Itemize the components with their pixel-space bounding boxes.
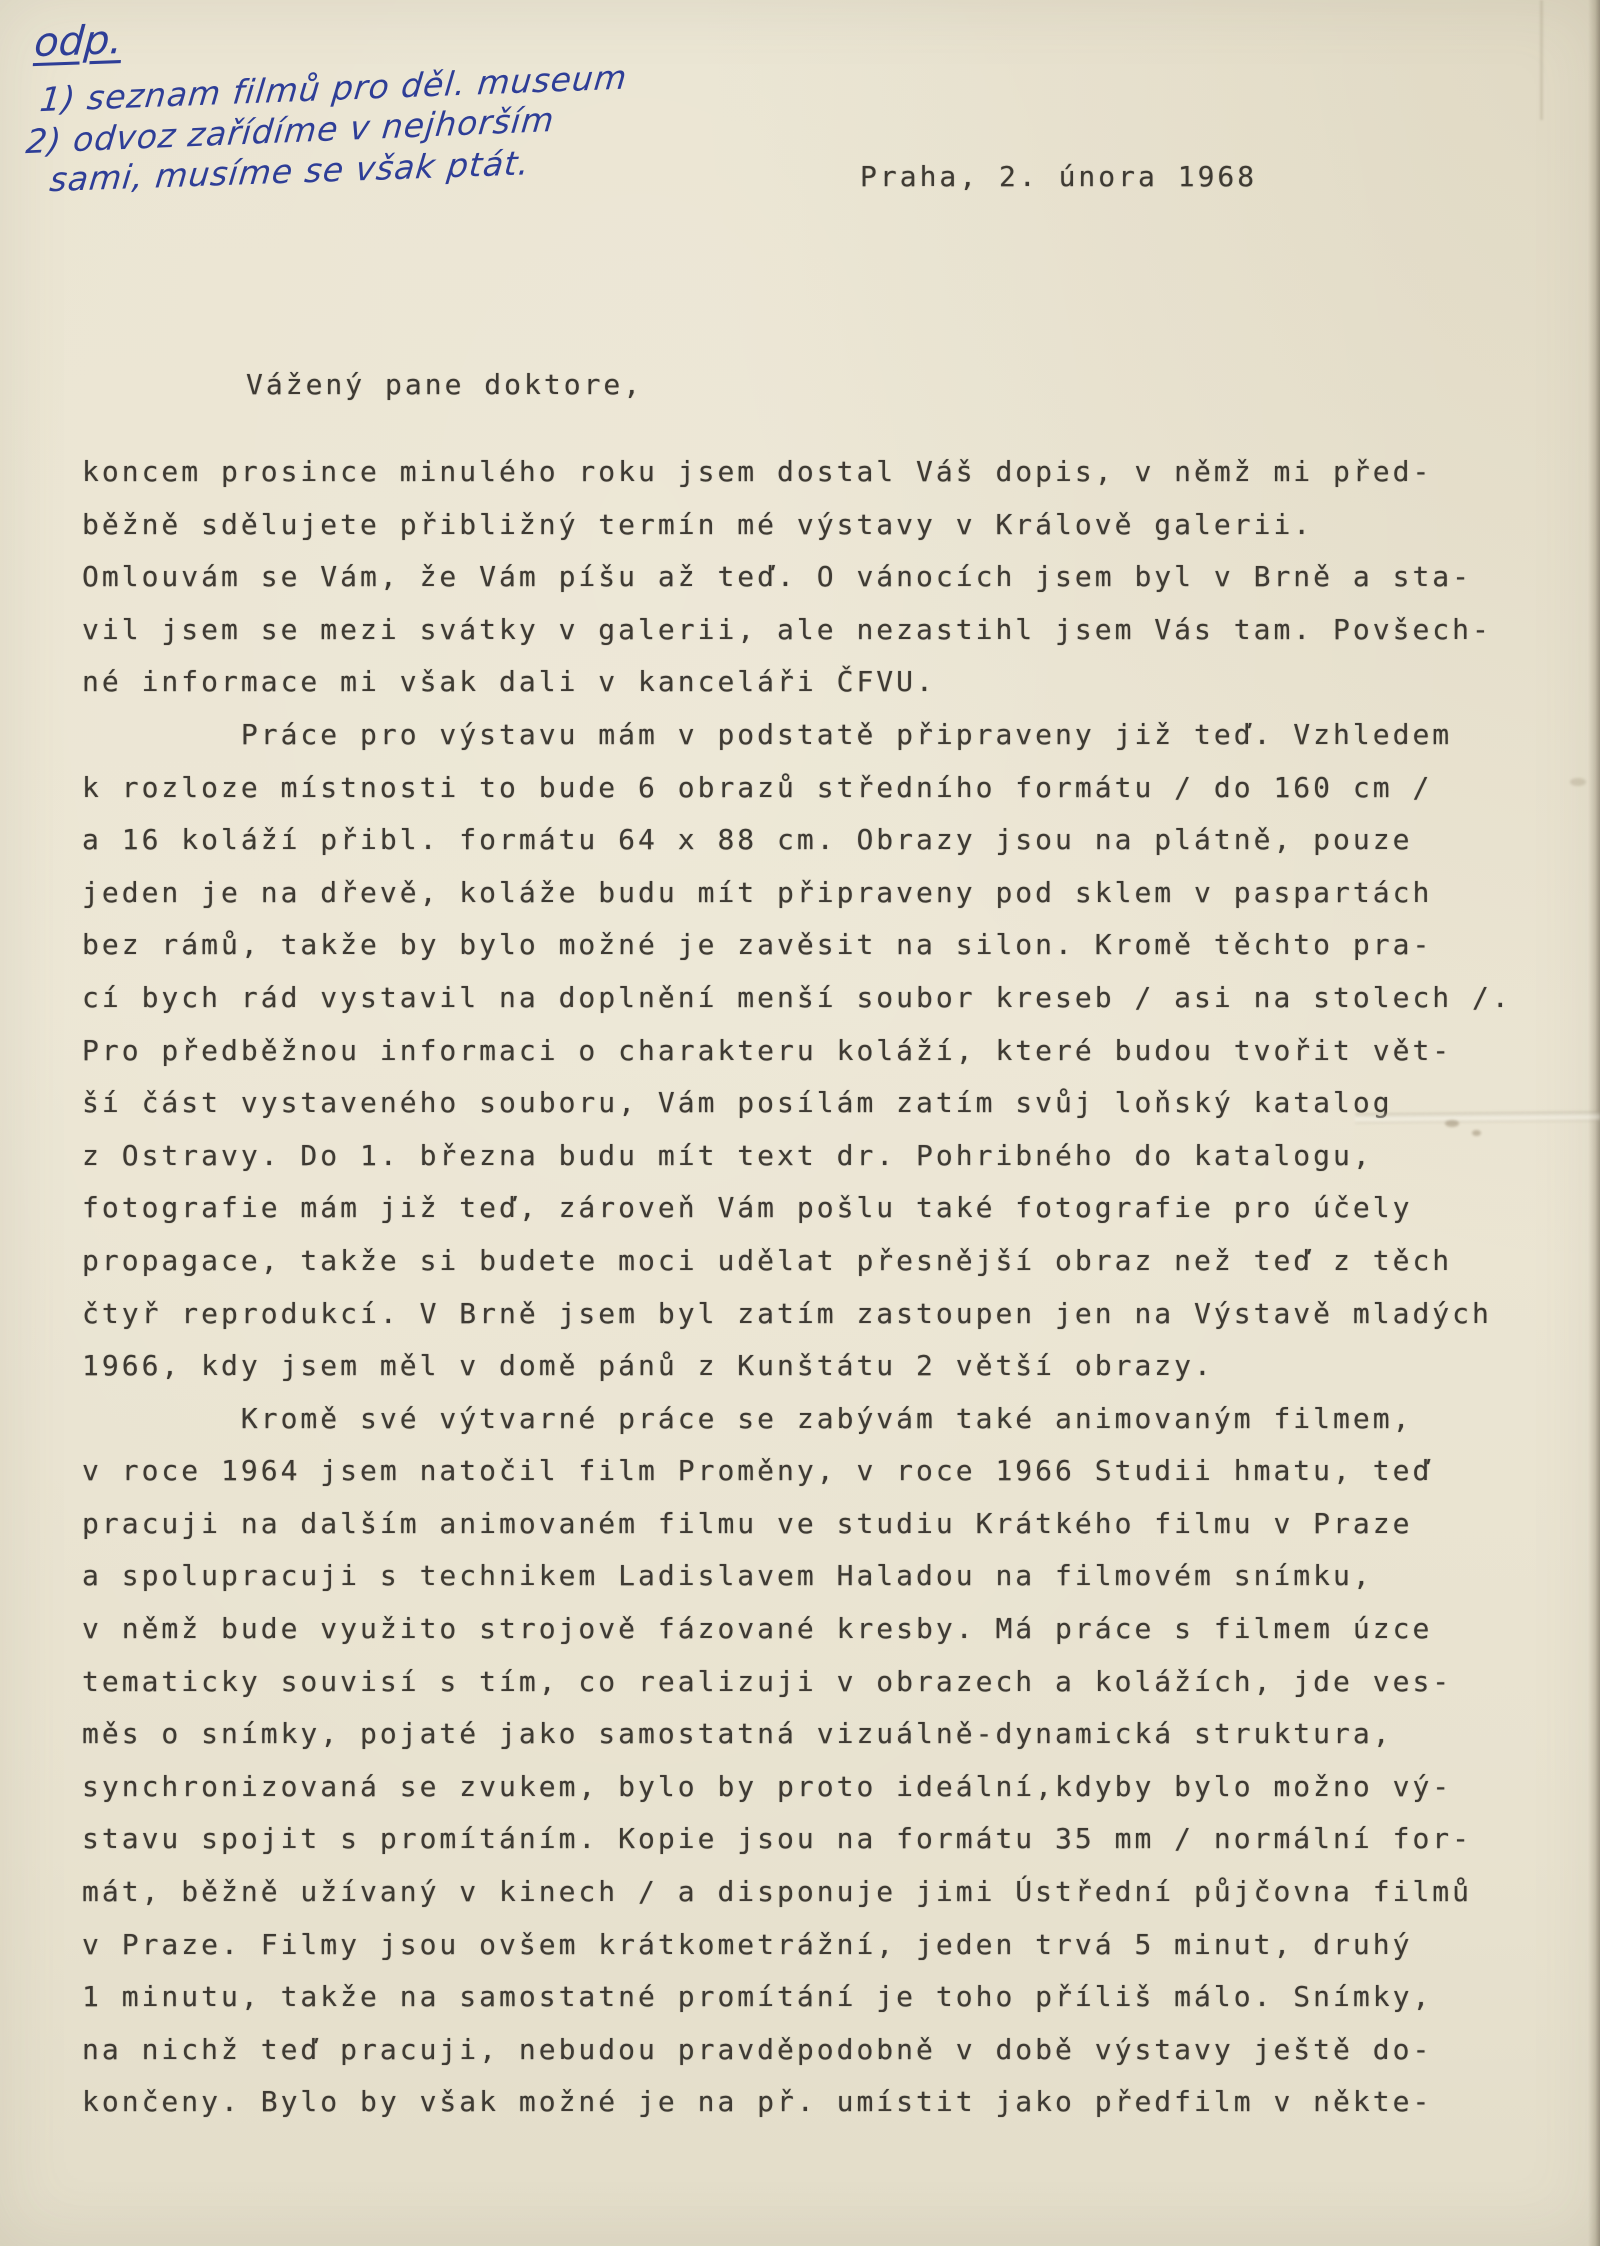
body-line: končeny. Bylo by však možné je na př. um… (82, 2076, 1512, 2129)
body-line: Pro předběžnou informaci o charakteru ko… (82, 1025, 1512, 1078)
body-line: jeden je na dřevě, koláže budu mít připr… (82, 867, 1512, 920)
body-line: Práce pro výstavu mám v podstatě připrav… (82, 709, 1512, 762)
smudge-mark (1445, 1120, 1459, 1127)
body-line: ší část vystaveného souboru, Vám posílám… (82, 1077, 1512, 1130)
body-line: koncem prosince minulého roku jsem dosta… (82, 446, 1512, 499)
body-line: Kromě své výtvarné práce se zabývám také… (82, 1393, 1512, 1446)
body-line: propagace, takže si budete moci udělat p… (82, 1235, 1512, 1288)
paper-right-edge-shadow (1588, 0, 1600, 2246)
body-line: čtyř reprodukcí. V Brně jsem byl zatím z… (82, 1288, 1512, 1341)
body-line: v roce 1964 jsem natočil film Proměny, v… (82, 1445, 1512, 1498)
body-line: stavu spojit s promítáním. Kopie jsou na… (82, 1813, 1512, 1866)
top-crease (1540, 0, 1543, 120)
body-line: a spolupracuji s technikem Ladislavem Ha… (82, 1550, 1512, 1603)
fold-crease (1355, 1111, 1600, 1124)
body-line: cí bych rád vystavil na doplnění menší s… (82, 972, 1512, 1025)
body-line: né informace mi však dali v kanceláři ČF… (82, 656, 1512, 709)
body-line: synchronizovaná se zvukem, bylo by proto… (82, 1761, 1512, 1814)
body-line: měs o snímky, pojaté jako samostatná viz… (82, 1708, 1512, 1761)
body-line: k rozloze místnosti to bude 6 obrazů stř… (82, 762, 1512, 815)
annotation-heading: odp. (33, 17, 124, 66)
body-line: fotografie mám již teď, zároveň Vám pošl… (82, 1182, 1512, 1235)
letter-page: odp. 1) seznam filmů pro děl. museum 2) … (0, 0, 1600, 2246)
body-line: na nichž teď pracuji, nebudou pravděpodo… (82, 2024, 1512, 2077)
body-line: z Ostravy. Do 1. března budu mít text dr… (82, 1130, 1512, 1183)
body-line: tematicky souvisí s tím, co realizuji v … (82, 1656, 1512, 1709)
smudge-mark (1472, 1130, 1481, 1136)
letter-body: koncem prosince minulého roku jsem dosta… (82, 446, 1512, 2129)
body-line: bez rámů, takže by bylo možné je zavěsit… (82, 919, 1512, 972)
body-line: 1 minutu, takže na samostatné promítání … (82, 1971, 1512, 2024)
body-line: v Praze. Filmy jsou ovšem krátkometrážní… (82, 1919, 1512, 1972)
body-line: 1966, kdy jsem měl v domě pánů z Kunštát… (82, 1340, 1512, 1393)
body-line: pracuji na dalším animovaném filmu ve st… (82, 1498, 1512, 1551)
dateline: Praha, 2. února 1968 (860, 160, 1257, 193)
body-line: mát, běžně užívaný v kinech / a disponuj… (82, 1866, 1512, 1919)
body-line: a 16 koláží přibl. formátu 64 x 88 cm. O… (82, 814, 1512, 867)
salutation: Vážený pane doktore, (246, 368, 643, 401)
body-line: běžně sdělujete přibližný termín mé výst… (82, 499, 1512, 552)
body-line: Omlouvám se Vám, že Vám píšu až teď. O v… (82, 551, 1512, 604)
smudge-mark (1570, 778, 1586, 786)
body-line: v němž bude využito strojově fázované kr… (82, 1603, 1512, 1656)
body-line: vil jsem se mezi svátky v galerii, ale n… (82, 604, 1512, 657)
